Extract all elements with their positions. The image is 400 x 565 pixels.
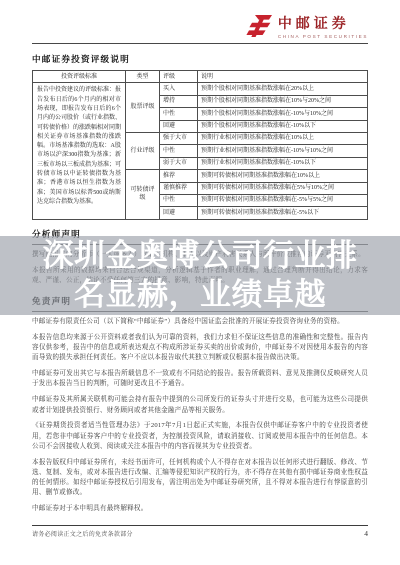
analyst-section-title: 分析师声明: [32, 228, 368, 245]
disclaimer-paragraph: 中邮证券可发出其它与本报告所载信息不一致或有不同结论的报告。报告所载资料、意见及…: [32, 369, 368, 390]
desc-cell: 预期行业相对同期基准指数涨幅在10%以上: [198, 132, 368, 144]
rating-cell: 中性: [160, 108, 198, 120]
col-header-criteria: 投资评级标准: [33, 71, 126, 83]
brand-name-en: CHINA POST SECURITIES: [278, 34, 368, 39]
col-header-rating: 评级: [160, 71, 198, 83]
rating-table-header-row: 投资评级标准 类型 评级 说明: [33, 71, 368, 83]
desc-cell: 预期个股相对同期基准指数涨幅在10%与20%之间: [198, 95, 368, 107]
disclaimer-paragraph: 本报告版权归中邮证券所有，未经书面许可，任何机构或个人不得存在对本报告以任何形式…: [32, 458, 368, 499]
analyst-paragraph: 本报告所采用的数据均来自合法合规渠道，分析逻辑基于作者的职业理解，通过合理判断并…: [32, 266, 368, 287]
disclaimer-paragraph: 《证券期货投资者适当性管理办法》于2017年7月1日起正式实施，本报告仅供中邮证…: [32, 421, 368, 452]
brand-logo-text: 中邮证券 CHINA POST SECURITIES: [278, 13, 368, 39]
desc-cell: 预期个股相对同期基准指数涨幅在-10%与10%之间: [198, 108, 368, 120]
brand-logo: 中邮证券 CHINA POST SECURITIES: [246, 13, 368, 39]
disclaimer-paragraph: 中邮证券及其所属关联机构可能会持有报告中提到的公司所发行的证券头寸并进行交易，也…: [32, 395, 368, 416]
disclaimer-paragraph: 中邮证券对于本申明具有最终解释权。: [32, 504, 368, 514]
china-post-emblem-icon: [246, 14, 273, 38]
rating-cell: 强于大市: [160, 132, 198, 144]
type-cell-stock: 股票评级: [126, 83, 160, 133]
desc-cell: 预期可转债相对同期基准指数涨幅在-5%以下: [198, 207, 368, 219]
page-number: 4: [364, 529, 368, 538]
rating-cell: 中性: [160, 145, 198, 157]
desc-cell: 预期行业相对同期基准指数涨幅在-10%以下: [198, 157, 368, 169]
header-divider: [32, 43, 368, 44]
rating-cell: 弱于大市: [160, 157, 198, 169]
analyst-paragraph: 撰写此报告的分析师（一人或多人）承诺本机构、本人以及财产利害关系人与所评价或推荐…: [32, 250, 368, 260]
type-cell-convertible: 可转债评级: [126, 170, 160, 220]
report-page: 中邮证券 CHINA POST SECURITIES 中邮证券投资评级说明 投资…: [0, 0, 400, 565]
criteria-cell: 报告中投资建议的评级标准：报告发布日后的6个月内的相对市场表现，即报告发布日后的…: [33, 83, 126, 219]
desc-cell: 预期行业相对同期基准指数涨幅在-10%与10%之间: [198, 145, 368, 157]
col-header-desc: 说明: [198, 71, 368, 83]
col-header-type: 类型: [126, 71, 160, 83]
table-row: 报告中投资建议的评级标准：报告发布日后的6个月内的相对市场表现，即报告发布日后的…: [33, 83, 368, 95]
rating-cell: 推荐: [160, 170, 198, 182]
desc-cell: 预期个股相对同期基准指数涨幅在20%以上: [198, 83, 368, 95]
page-footer: 请务必阅读正文之后的免责条款部分 4: [32, 525, 368, 538]
footer-disclaimer-note: 请务必阅读正文之后的免责条款部分: [32, 529, 133, 538]
disclaimer-paragraph: 本报告信息均来源于公开资料或者我们认为可靠的资料，我们力求但不保证这些信息的准确…: [32, 333, 368, 364]
rating-table: 投资评级标准 类型 评级 说明 报告中投资建议的评级标准：报告发布日后的6个月内…: [32, 70, 368, 220]
desc-cell: 预期可转债相对同期基准指数涨幅在10%以上: [198, 170, 368, 182]
rating-section-title: 中邮证券投资评级说明: [32, 53, 368, 65]
rating-cell: 增持: [160, 95, 198, 107]
desc-cell: 预期个股相对同期基准指数涨幅在-10%以下: [198, 120, 368, 132]
desc-cell: 预期可转债相对同期基准指数涨幅在-5%与5%之间: [198, 194, 368, 206]
rating-cell: 买入: [160, 83, 198, 95]
rating-cell: 中性: [160, 194, 198, 206]
disclaimer-paragraph: 中邮证券有限责任公司（以下简称“中邮证券”）具备经中国证监会批准的开展证券投资咨…: [32, 317, 368, 327]
brand-name-cn: 中邮证券: [278, 13, 350, 33]
rating-cell: 回避: [160, 207, 198, 219]
rating-cell: 谨慎推荐: [160, 182, 198, 194]
disclaimer-section-title: 免责声明: [32, 295, 368, 312]
page-header: 中邮证券 CHINA POST SECURITIES: [0, 0, 400, 39]
desc-cell: 预期可转债相对同期基准指数涨幅在5%与10%之间: [198, 182, 368, 194]
type-cell-industry: 行业评级: [126, 132, 160, 169]
rating-cell: 回避: [160, 120, 198, 132]
